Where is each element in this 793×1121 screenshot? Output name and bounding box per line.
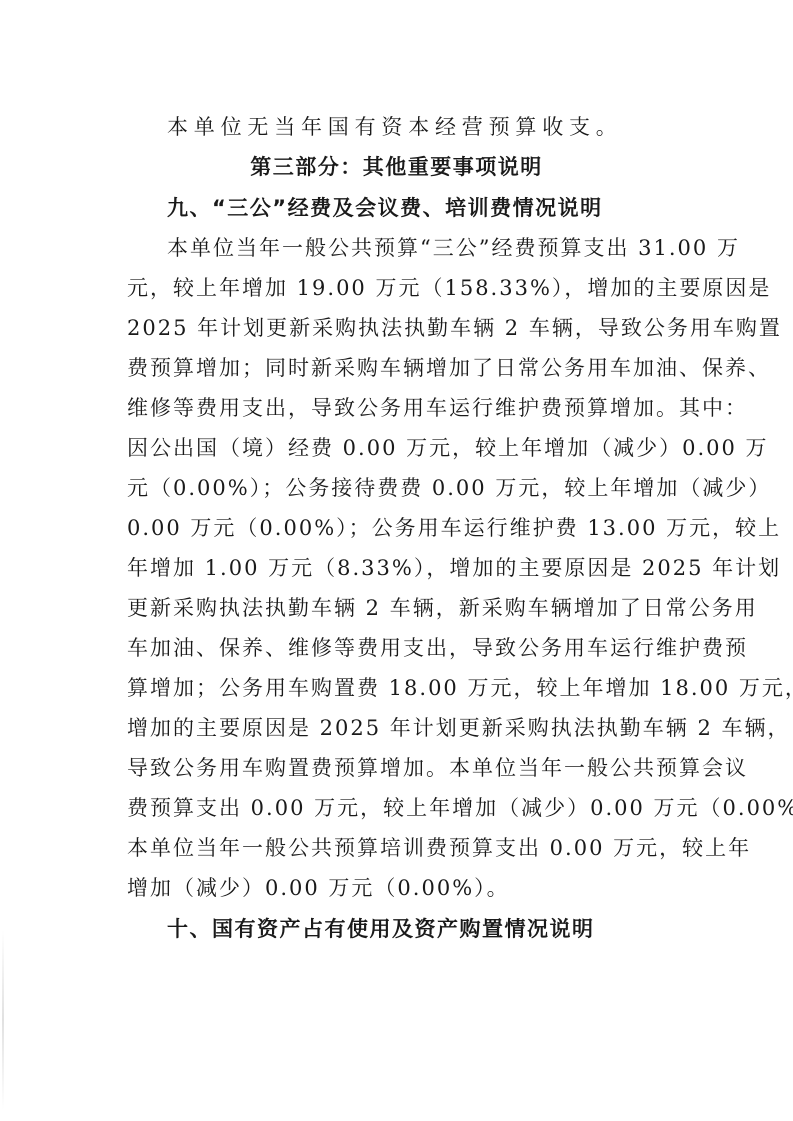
paragraph-line: 车加油、保养、维修等费用支出，导致公务用车运行维护费预 [127, 635, 687, 661]
document-page: 本单位无当年国有资本经营预算收支。 第三部分：其他重要事项说明 九、“三公”经费… [0, 0, 793, 1121]
paragraph-line: 费预算增加；同时新采购车辆增加了日常公务用车加油、保养、 [127, 355, 687, 381]
paragraph-line: 本单位当年一般公共预算培训费预算支出 0.00 万元，较上年 [127, 835, 687, 861]
paragraph-line: 增加（减少）0.00 万元（0.00%）。 [127, 875, 687, 901]
paragraph-line: 因公出国（境）经费 0.00 万元，较上年增加（减少）0.00 万 [127, 435, 687, 461]
intro-paragraph: 本单位无当年国有资本经营预算收支。 [167, 114, 687, 140]
section-10-heading: 十、国有资产占有使用及资产购置情况说明 [167, 916, 595, 942]
paragraph-line: 算增加；公务用车购置费 18.00 万元，较上年增加 18.00 万元， [127, 675, 687, 701]
scan-edge-shadow [2, 930, 4, 1110]
paragraph-line: 导致公务用车购置费预算增加。本单位当年一般公共预算会议 [127, 755, 687, 781]
paragraph-line: 本单位当年一般公共预算“三公”经费预算支出 31.00 万 [167, 235, 687, 261]
paragraph-line: 更新采购执法执勤车辆 2 车辆，新采购车辆增加了日常公务用 [127, 595, 687, 621]
paragraph-line: 2025 年计划更新采购执法执勤车辆 2 车辆，导致公务用车购置 [127, 315, 687, 341]
paragraph-line: 元，较上年增加 19.00 万元（158.33%），增加的主要原因是 [127, 275, 687, 301]
paragraph-line: 费预算支出 0.00 万元，较上年增加（减少）0.00 万元（0.00%）。 [127, 795, 687, 821]
paragraph-line: 增加的主要原因是 2025 年计划更新采购执法执勤车辆 2 车辆， [127, 715, 687, 741]
paragraph-line: 0.00 万元（0.00%）；公务用车运行维护费 13.00 万元，较上 [127, 515, 687, 541]
paragraph-line: 维修等费用支出，导致公务用车运行维护费预算增加。其中： [127, 395, 687, 421]
part-title: 第三部分：其他重要事项说明 [0, 154, 793, 180]
paragraph-line: 年增加 1.00 万元（8.33%），增加的主要原因是 2025 年计划 [127, 555, 687, 581]
section-9-heading: 九、“三公”经费及会议费、培训费情况说明 [167, 195, 603, 221]
paragraph-line: 元（0.00%）；公务接待费费 0.00 万元，较上年增加（减少） [127, 475, 687, 501]
